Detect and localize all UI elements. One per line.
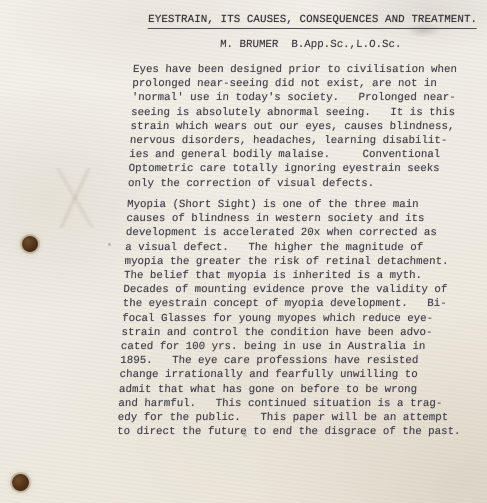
page-title-text: EYESTRAIN, ITS CAUSES, CONSEQUENCES AND … (148, 14, 478, 29)
paper-crease-mark (40, 168, 110, 228)
paper-speck (243, 434, 247, 437)
paper-speck (108, 243, 111, 246)
scanned-document-page: EYESTRAIN, ITS CAUSES, CONSEQUENCES AND … (0, 0, 487, 503)
paragraph-intro-eyestrain: Eyes have been designed prior to civilis… (128, 63, 458, 191)
author-byline: M. BRUMER B.App.Sc.,L.O.Sc. (220, 39, 402, 51)
typewritten-content: EYESTRAIN, ITS CAUSES, CONSEQUENCES AND … (0, 0, 487, 503)
punch-hole-bottom (12, 474, 29, 491)
page-title: EYESTRAIN, ITS CAUSES, CONSEQUENCES AND … (148, 14, 478, 27)
paragraph-myopia: Myopia (Short Sight) is one of the three… (117, 198, 471, 439)
punch-hole-top (22, 236, 38, 252)
